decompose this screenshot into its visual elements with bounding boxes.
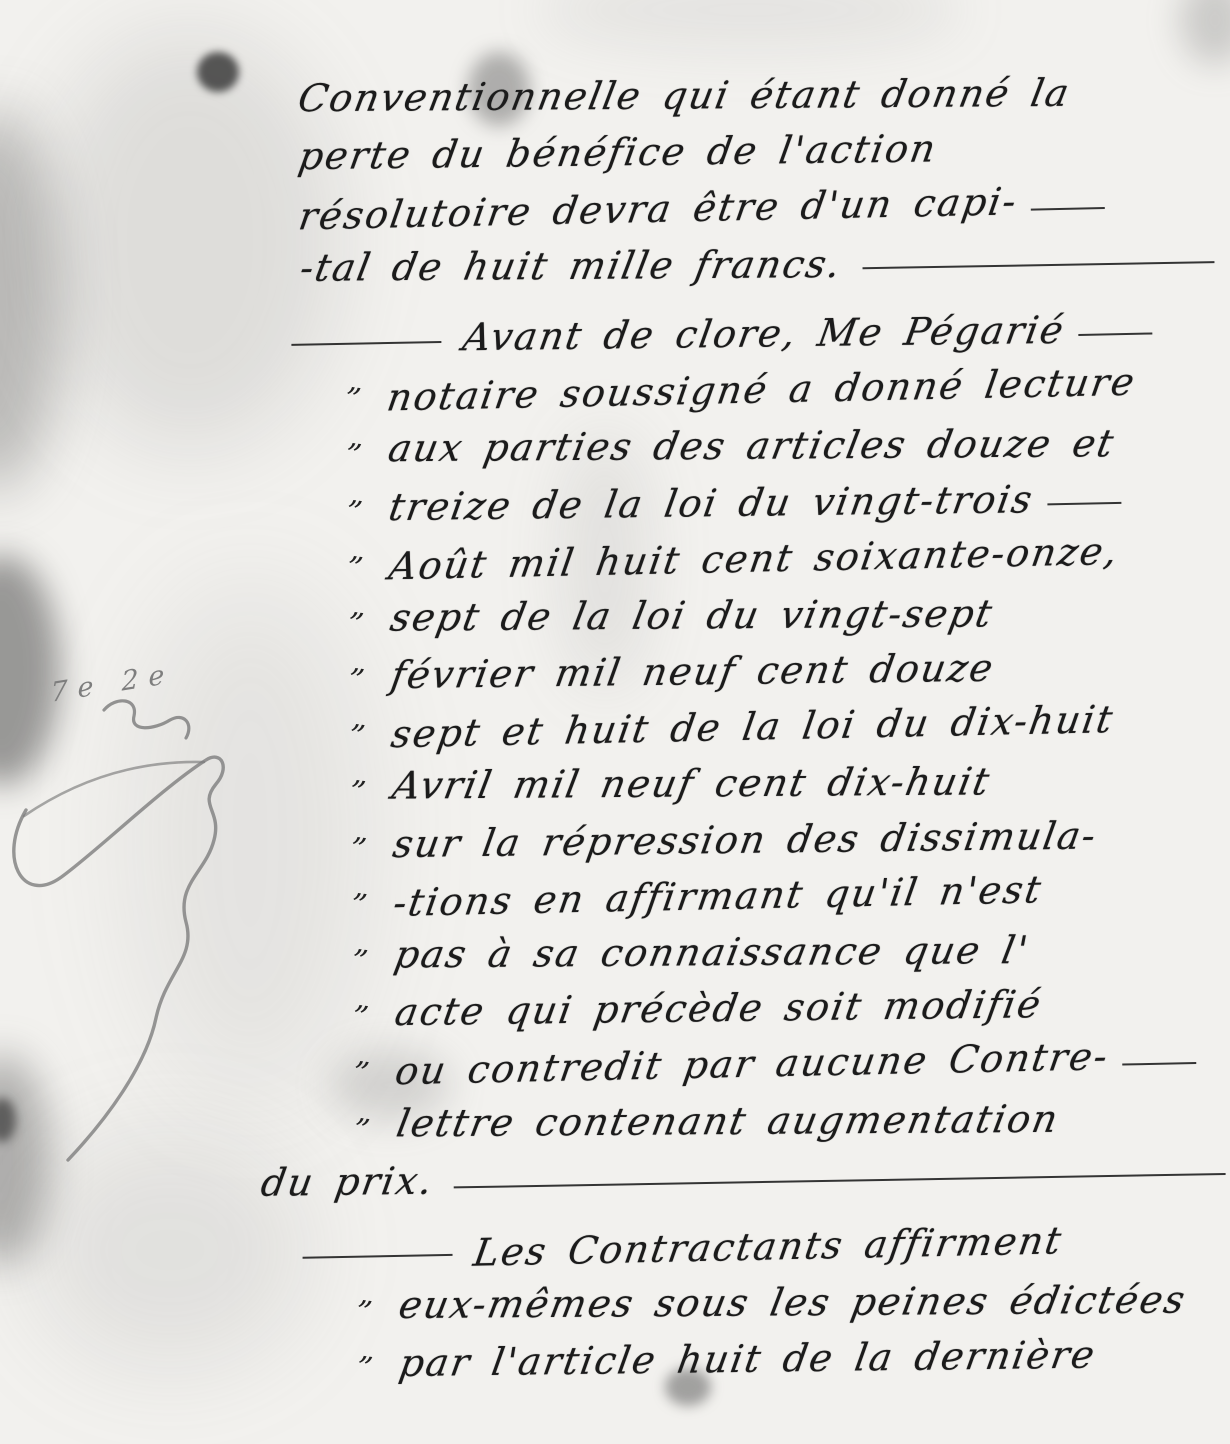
flourish-rule — [291, 341, 441, 346]
paper-stain — [0, 110, 60, 490]
flourish-rule — [862, 261, 1214, 269]
line-text: Les Contractants affirment — [471, 1221, 1065, 1271]
flourish-rule — [1047, 501, 1121, 505]
paper-stain — [540, 0, 960, 50]
line-text: Conventionnelle qui étant donné la — [295, 74, 1074, 117]
quote-mark: „ — [352, 816, 382, 849]
manuscript-line: „eux-mêmes sous les peines édictées — [247, 1260, 1228, 1328]
quote-mark: „ — [346, 366, 376, 399]
quote-mark: „ — [352, 872, 382, 905]
line-text: pas à sa connaissance que l' — [392, 931, 1033, 974]
quote-mark: „ — [347, 422, 377, 455]
line-text: eux-mêmes sous les peines édictées — [396, 1281, 1190, 1325]
flourish-rule — [1122, 1062, 1196, 1066]
line-text: aux parties des articles douze et — [385, 424, 1118, 467]
line-text: acte qui précède soit modifié — [392, 985, 1045, 1031]
manuscript-line: „Août mil huit cent soixante-onze, — [238, 516, 1219, 584]
flourish-rule — [1031, 207, 1105, 211]
quote-mark: „ — [355, 1096, 385, 1129]
line-text: treize de la loi du vingt-trois — [386, 480, 1036, 526]
flourish-rule — [303, 1254, 453, 1259]
manuscript-line: du prix. — [245, 1134, 1226, 1202]
manuscript-line: „notaire soussigné a donné lecture — [236, 347, 1217, 415]
manuscript-page: 7e 2e Conventionnelle qui étant donné la… — [0, 0, 1230, 1444]
quote-mark: „ — [350, 647, 380, 680]
line-text: par l'article huit de la dernière — [397, 1336, 1099, 1383]
quote-mark: „ — [357, 1279, 387, 1312]
line-text: Avant de clore, Me Pégarié — [460, 311, 1068, 356]
quote-mark: „ — [347, 478, 377, 511]
quote-mark: „ — [354, 1040, 384, 1073]
quote-mark: „ — [350, 703, 380, 736]
line-text: lettre contenant augmentation — [394, 1099, 1063, 1142]
line-text: -tal de huit mille francs. — [297, 245, 845, 287]
left-margin: 7e 2e — [8, 650, 278, 1230]
flourish-rule — [454, 1173, 1226, 1188]
pencil-paraph-flourish — [8, 690, 278, 1230]
quote-mark: „ — [358, 1335, 388, 1368]
manuscript-line: Conventionnelle qui étant donné la — [232, 52, 1213, 120]
quote-mark: „ — [348, 535, 378, 568]
line-text: Avril mil neuf cent dix-huit — [390, 763, 994, 805]
line-text: février mil neuf cent douze — [388, 649, 997, 694]
line-text: perte du bénéfice de l'action — [296, 130, 940, 176]
line-text: sept de la loi du vingt-sept — [387, 594, 996, 636]
line-text: du prix. — [259, 1161, 437, 1201]
flourish-rule — [1079, 332, 1153, 336]
quote-mark: „ — [349, 591, 379, 624]
quote-mark: „ — [354, 984, 384, 1017]
manuscript-text-block: Conventionnelle qui étant donné laperte … — [232, 52, 1228, 1384]
quote-mark: „ — [351, 759, 381, 792]
manuscript-line: „aux parties des articles douze et — [236, 403, 1217, 471]
line-text: sur la répression des dissimula- — [390, 816, 1100, 863]
quote-mark: „ — [353, 928, 383, 961]
